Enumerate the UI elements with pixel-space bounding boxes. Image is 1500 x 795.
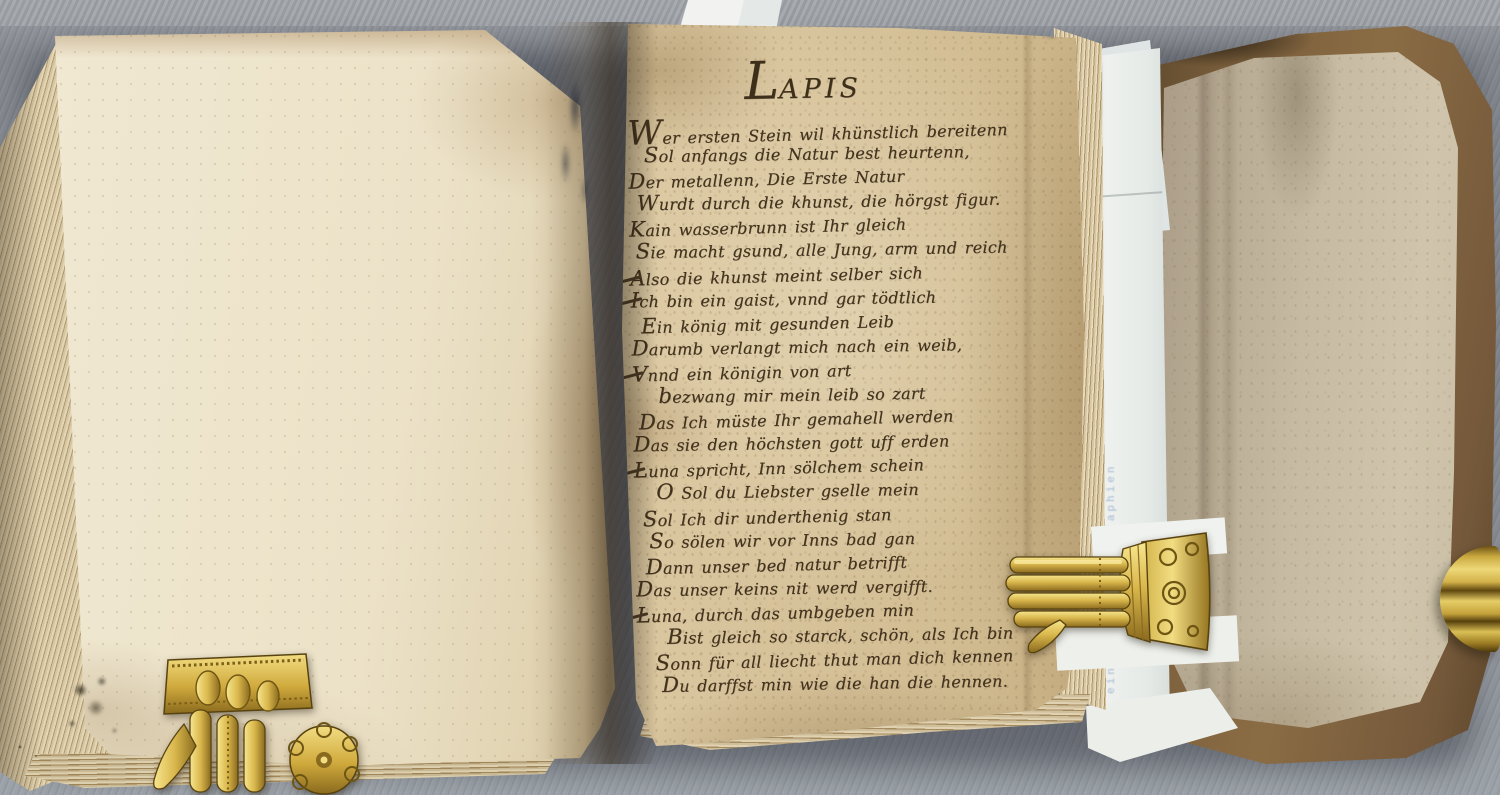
brass-hand-clasp-bottom: [128, 652, 363, 795]
brass-hand-clasp-center: [1002, 530, 1212, 660]
manuscript-line: Du darffst min wie die han die hennen.: [662, 667, 1078, 698]
manuscript-title: LAPIS: [744, 46, 1067, 112]
ink-specks-corner: [8, 738, 48, 768]
ink-offset-smudge-gutter: [540, 52, 604, 237]
manuscript-photograph: einen nach Photographien LAPIS Wer erste…: [0, 0, 1500, 795]
